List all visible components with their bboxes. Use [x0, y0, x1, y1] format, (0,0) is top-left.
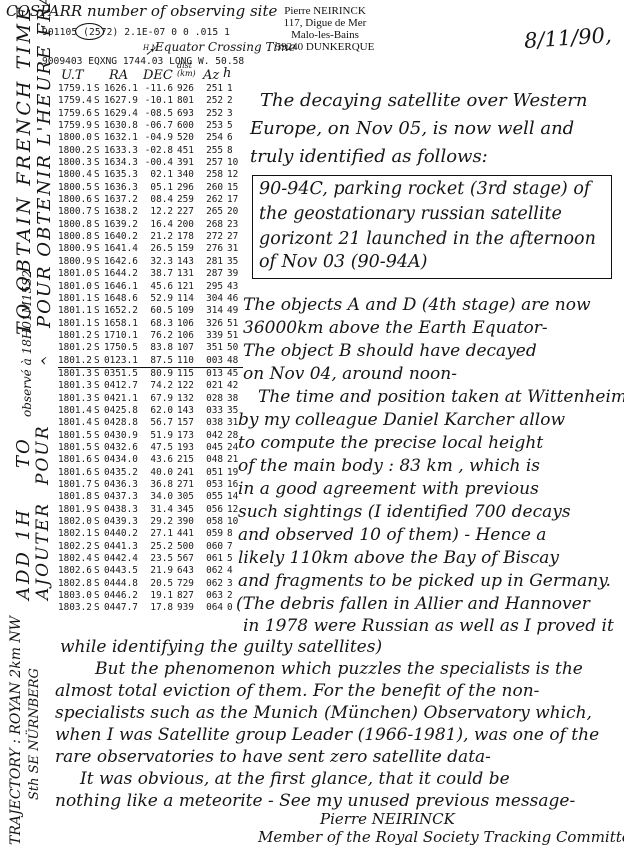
cell-az: 260 [203, 182, 227, 194]
cell-az: 003 [203, 355, 227, 367]
cell-dec: -00.4 [142, 157, 177, 169]
body-line: on Nov 04, around noon- [243, 364, 457, 384]
cell-ra: 1637.2 [104, 194, 142, 206]
cell-ut: 1802.2 [58, 541, 94, 553]
cell-sunlit: S [94, 454, 104, 466]
cell-ut: 1801.1 [58, 293, 94, 305]
cell-ut: 1803.2 [58, 602, 94, 614]
cell-az: 062 [203, 565, 227, 577]
cell-az: 058 [203, 516, 227, 528]
cell-ra: 1635.3 [104, 169, 142, 181]
cell-az: 326 [203, 318, 227, 330]
sender-postcode: 59240 DUNKERQUE [250, 41, 400, 53]
body-line: The object B should have decayed [243, 341, 537, 361]
table-row: 1802.8S0444.820.57290623 [58, 578, 243, 590]
body-line: to compute the precise local height [238, 433, 543, 453]
cell-dec: 52.9 [142, 293, 177, 305]
cell-ut: 1801.7 [58, 479, 94, 491]
cell-ut: 1800.0 [58, 132, 94, 144]
cell-ut: 1801.0 [58, 268, 94, 280]
cell-dec: 26.5 [142, 243, 177, 255]
cell-az: 276 [203, 243, 227, 255]
cell-dec: 87.5 [142, 355, 177, 367]
table-row: 1801.5S0432.647.519304524 [58, 442, 243, 454]
cell-ut: 1801.3 [58, 393, 94, 405]
cell-dist: 271 [177, 479, 203, 491]
cell-h: 15 [227, 182, 243, 194]
cell-ut: 1800.6 [58, 194, 94, 206]
cell-sunlit: S [94, 305, 104, 317]
cell-ut: 1800.3 [58, 157, 94, 169]
cell-az: 339 [203, 330, 227, 342]
cell-ut: 1801.4 [58, 405, 94, 417]
cell-dist: 500 [177, 541, 203, 553]
cell-az: 265 [203, 206, 227, 218]
table-row: 1800.7S1638.212.222726520 [58, 206, 243, 218]
cell-sunlit: S [94, 145, 104, 157]
body-line: (The debris fallen in Allier and Hannove… [236, 594, 590, 614]
cell-az: 064 [203, 602, 227, 614]
cell-sunlit: S [94, 157, 104, 169]
margin-note-to: TO [13, 437, 34, 468]
table-row: 1801.3S0412.774.212202142 [58, 380, 243, 392]
table-row: 1801.1S1658.168.310632651 [58, 318, 243, 330]
body-line: rare observatories to have sent zero sat… [55, 747, 491, 767]
cell-h: 43 [227, 281, 243, 293]
cell-az: 254 [203, 132, 227, 144]
cell-dist: 109 [177, 305, 203, 317]
boxed-line: the geostationary russian satellite [259, 204, 562, 224]
cell-sunlit: S [94, 504, 104, 516]
body-line: specialists such as the Munich (München)… [55, 703, 592, 723]
cell-sunlit: S [94, 83, 104, 95]
body-line: in a good agreement with previous [238, 479, 539, 499]
cell-dist: 241 [177, 467, 203, 479]
table-row: 1800.2S1633.3-02.84512558 [58, 145, 243, 157]
cell-sunlit: S [94, 182, 104, 194]
cell-sunlit: S [94, 95, 104, 107]
cell-ut: 1801.5 [58, 430, 94, 442]
cell-ut: 1800.8 [58, 219, 94, 231]
cell-ut: 1800.4 [58, 169, 94, 181]
body-line: and fragments to be picked up in Germany… [238, 571, 611, 591]
cell-sunlit: S [94, 541, 104, 553]
cell-ra: 0434.0 [104, 454, 142, 466]
table-row: 1801.6S0434.043.621504821 [58, 454, 243, 466]
cell-ra: 0351.5 [104, 368, 142, 380]
cell-dist: 391 [177, 157, 203, 169]
cell-ut: 1801.1 [58, 305, 94, 317]
cell-ra: 1658.1 [104, 318, 142, 330]
cell-az: 038 [203, 417, 227, 429]
cell-dec: 76.2 [142, 330, 177, 342]
cell-az: 053 [203, 479, 227, 491]
body-line: while identifying the guilty satellites) [60, 637, 382, 657]
cell-dist: 143 [177, 405, 203, 417]
margin-note-add-1h: ADD 1H [13, 507, 34, 600]
cell-az: 028 [203, 393, 227, 405]
cell-dist: 643 [177, 565, 203, 577]
cell-ut: 1759.9 [58, 120, 94, 132]
site-number-circle [75, 23, 104, 40]
cell-h: 50 [227, 342, 243, 354]
cell-ut: 1800.7 [58, 206, 94, 218]
cell-dist: 114 [177, 293, 203, 305]
cell-h: 2 [227, 95, 243, 107]
identification-box: 90-94C, parking rocket (3rd stage) of th… [252, 175, 612, 279]
margin-note-observed-time: observé à 18H01M15S2 [20, 270, 34, 417]
cell-ra: 0439.3 [104, 516, 142, 528]
margin-note-nurnberg: Sth SE NÜRNBERG [27, 668, 42, 800]
cell-dec: 38.7 [142, 268, 177, 280]
cell-dec: 29.2 [142, 516, 177, 528]
cell-dist: 296 [177, 182, 203, 194]
cell-h: 49 [227, 305, 243, 317]
body-line: The objects A and D (4th stage) are now [243, 295, 591, 315]
cell-h: 23 [227, 219, 243, 231]
signature-title: Member of the Royal Society Tracking Com… [258, 828, 624, 846]
cell-ut: 1802.8 [58, 578, 94, 590]
cell-sunlit: S [94, 219, 104, 231]
margin-note-pour: POUR [33, 424, 53, 485]
sender-street: 117, Digue de Mer [250, 17, 400, 29]
cell-dist: 441 [177, 528, 203, 540]
cell-ra: 1632.1 [104, 132, 142, 144]
cell-h: 1 [227, 83, 243, 95]
cell-ra: 0438.3 [104, 504, 142, 516]
cell-dec: 62.0 [142, 405, 177, 417]
cell-sunlit: S [94, 442, 104, 454]
table-row: 1801.0S1644.238.713128739 [58, 268, 243, 280]
cell-az: 055 [203, 491, 227, 503]
arrow-left-icon: ‹ [40, 350, 47, 371]
cell-h: 42 [227, 380, 243, 392]
cell-ra: 1644.2 [104, 268, 142, 280]
cell-ra: 1639.2 [104, 219, 142, 231]
cell-dist: 107 [177, 342, 203, 354]
cell-dec: 12.2 [142, 206, 177, 218]
cell-dec: -11.6 [142, 83, 177, 95]
cell-h: 17 [227, 194, 243, 206]
cell-az: 045 [203, 442, 227, 454]
cell-az: 257 [203, 157, 227, 169]
cell-ut: 1802.0 [58, 516, 94, 528]
cell-dec: 20.5 [142, 578, 177, 590]
table-row: 1801.7S0436.336.827105316 [58, 479, 243, 491]
cell-dist: 106 [177, 330, 203, 342]
cell-h: 3 [227, 108, 243, 120]
cell-az: 252 [203, 95, 227, 107]
cell-dec: 21.2 [142, 231, 177, 243]
cell-ra: 0447.7 [104, 602, 142, 614]
body-line: of the main body : 83 km , which is [238, 456, 540, 476]
cell-dec: 21.9 [142, 565, 177, 577]
cell-sunlit: S [94, 132, 104, 144]
body-line: such sightings (I identified 700 decays [238, 502, 571, 522]
cell-az: 252 [203, 108, 227, 120]
table-row: 1803.0S0446.219.18270632 [58, 590, 243, 602]
cell-ra: 1750.5 [104, 342, 142, 354]
cell-dec: 74.2 [142, 380, 177, 392]
tle-line-1: 901105 (2572) 2.1E-07 0 0 .015 1 [42, 27, 230, 38]
cell-h: 31 [227, 243, 243, 255]
cell-ra: 0425.8 [104, 405, 142, 417]
cell-ra: 0446.2 [104, 590, 142, 602]
cell-dec: 16.4 [142, 219, 177, 231]
table-row: 1759.6S1629.4-08.56932523 [58, 108, 243, 120]
table-row: 1802.2S0441.325.25000607 [58, 541, 243, 553]
cell-sunlit: S [94, 393, 104, 405]
cell-az: 295 [203, 281, 227, 293]
cell-dist: 110 [177, 355, 203, 367]
body-line: The time and position taken at Wittenhei… [258, 387, 624, 407]
cell-az: 021 [203, 380, 227, 392]
cell-dist: 143 [177, 256, 203, 268]
cell-ut: 1801.8 [58, 491, 94, 503]
cell-ra: 1641.4 [104, 243, 142, 255]
cell-az: 262 [203, 194, 227, 206]
cell-az: 304 [203, 293, 227, 305]
cell-dist: 178 [177, 231, 203, 243]
table-row: 1759.9S1630.8-06.76002535 [58, 120, 243, 132]
cell-ra: 1642.6 [104, 256, 142, 268]
cell-ut: 1800.9 [58, 243, 94, 255]
cell-az: 281 [203, 256, 227, 268]
cell-sunlit: S [94, 281, 104, 293]
header-h: h [223, 66, 231, 81]
table-row: 1801.6S0435.240.024105119 [58, 467, 243, 479]
cell-ra: 1638.2 [104, 206, 142, 218]
cell-ut: 1759.4 [58, 95, 94, 107]
table-row: 1801.4S0428.856.715703831 [58, 417, 243, 429]
cell-dist: 390 [177, 516, 203, 528]
table-row: 1801.3S0351.580.911501345 [58, 368, 243, 380]
table-row: 1800.6S1637.208.425926217 [58, 194, 243, 206]
cell-dist: 801 [177, 95, 203, 107]
cell-dec: -08.5 [142, 108, 177, 120]
cell-sunlit: S [94, 120, 104, 132]
cell-dec: 47.5 [142, 442, 177, 454]
cell-az: 063 [203, 590, 227, 602]
cell-dist: 451 [177, 145, 203, 157]
sender-name: Pierre NEIRINCK [250, 5, 400, 17]
cell-ut: 1800.5 [58, 182, 94, 194]
letter-date: 8/11/90, [523, 23, 612, 53]
cell-dist: 259 [177, 194, 203, 206]
cell-ut: 1801.3 [58, 368, 94, 380]
cell-ra: 1652.2 [104, 305, 142, 317]
cell-sunlit: S [94, 256, 104, 268]
cell-dist: 693 [177, 108, 203, 120]
cell-az: 272 [203, 231, 227, 243]
cell-sunlit: S [94, 368, 104, 380]
cell-dec: 45.6 [142, 281, 177, 293]
cell-ut: 1801.6 [58, 454, 94, 466]
cell-dec: 36.8 [142, 479, 177, 491]
cell-h: 39 [227, 268, 243, 280]
cell-h: 51 [227, 330, 243, 342]
cell-dec: -02.8 [142, 145, 177, 157]
cell-dist: 200 [177, 219, 203, 231]
body-line: when I was Satellite group Leader (1966-… [55, 725, 599, 745]
margin-note-trajectory: TRAJECTORY : ROYAN 2km NW [8, 616, 24, 845]
cell-dec: -10.1 [142, 95, 177, 107]
table-row: 1801.1S1652.260.510931449 [58, 305, 243, 317]
intro-line: truly identified as follows: [250, 146, 488, 167]
cell-ut: 1801.2 [58, 330, 94, 342]
cell-ra: 0440.2 [104, 528, 142, 540]
cell-ra: 1640.2 [104, 231, 142, 243]
cell-ra: 0123.1 [104, 355, 142, 367]
cell-dist: 227 [177, 206, 203, 218]
table-row: 1800.3S1634.3-00.439125710 [58, 157, 243, 169]
header-dist: dist (km) [177, 62, 199, 78]
cell-ra: 1636.3 [104, 182, 142, 194]
cell-az: 062 [203, 578, 227, 590]
cell-dist: 939 [177, 602, 203, 614]
cell-dist: 106 [177, 318, 203, 330]
cell-dist: 173 [177, 430, 203, 442]
cell-sunlit: S [94, 330, 104, 342]
body-line: 36000km above the Earth Equator- [243, 318, 548, 338]
cell-ut: 1802.1 [58, 528, 94, 540]
cell-dec: 83.8 [142, 342, 177, 354]
cell-dec: 05.1 [142, 182, 177, 194]
table-row: 1802.4S0442.423.55670615 [58, 553, 243, 565]
cell-ut: 1802.4 [58, 553, 94, 565]
cell-dist: 131 [177, 268, 203, 280]
cell-sunlit: S [94, 108, 104, 120]
cell-dist: 305 [177, 491, 203, 503]
cell-ra: 0430.9 [104, 430, 142, 442]
header-az: Az [203, 68, 219, 83]
cell-dec: 60.5 [142, 305, 177, 317]
cell-dec: -06.7 [142, 120, 177, 132]
cell-sunlit: S [94, 528, 104, 540]
cell-dec: 51.9 [142, 430, 177, 442]
cell-ra: 1630.8 [104, 120, 142, 132]
cell-ut: 1801.0 [58, 281, 94, 293]
margin-note-heure-francaise: POUR OBTENIR L'HEURE FRANÇAISE [34, 0, 55, 328]
cell-sunlit: S [94, 467, 104, 479]
intro-line: Europe, on Nov 05, is now well and [250, 118, 574, 139]
cell-ut: 1801.6 [58, 467, 94, 479]
cell-h: 10 [227, 157, 243, 169]
table-row: 1802.1S0440.227.14410598 [58, 528, 243, 540]
cell-sunlit: S [94, 602, 104, 614]
header-dec: DEC [143, 68, 173, 83]
cell-h: 46 [227, 293, 243, 305]
cell-ut: 1801.1 [58, 318, 94, 330]
cell-ut: 1803.0 [58, 590, 94, 602]
cell-ut: 1801.4 [58, 417, 94, 429]
cell-dec: 25.2 [142, 541, 177, 553]
table-row: 1759.1S1626.1-11.69262511 [58, 83, 243, 95]
cell-sunlit: S [94, 231, 104, 243]
table-row: 1802.6S0443.521.96430624 [58, 565, 243, 577]
table-row: 1801.1S1648.652.911430446 [58, 293, 243, 305]
cell-az: 056 [203, 504, 227, 516]
cell-sunlit: S [94, 578, 104, 590]
intro-line: The decaying satellite over Western [260, 90, 587, 111]
cell-h: 45 [227, 368, 243, 380]
cell-dec: 80.9 [142, 368, 177, 380]
signature: Pierre NEIRINCK [320, 810, 455, 828]
table-row: 1800.8S1640.221.217827227 [58, 231, 243, 243]
cell-dist: 157 [177, 417, 203, 429]
cell-sunlit: S [94, 293, 104, 305]
table-row: 1802.0S0439.329.239005810 [58, 516, 243, 528]
cell-dec: 17.8 [142, 602, 177, 614]
cell-az: 268 [203, 219, 227, 231]
boxed-line: 90-94C, parking rocket (3rd stage) of [259, 179, 590, 199]
cell-dist: 827 [177, 590, 203, 602]
cell-dist: 567 [177, 553, 203, 565]
table-row: 1801.5S0430.951.917304228 [58, 430, 243, 442]
cell-h: 20 [227, 206, 243, 218]
cell-dist: 159 [177, 243, 203, 255]
cell-ra: 0437.3 [104, 491, 142, 503]
body-line: nothing like a meteorite - See my unused… [55, 791, 575, 811]
cell-ra: 0441.3 [104, 541, 142, 553]
cell-sunlit: S [94, 553, 104, 565]
cell-az: 061 [203, 553, 227, 565]
cell-dec: 32.3 [142, 256, 177, 268]
cell-az: 253 [203, 120, 227, 132]
cell-dist: 729 [177, 578, 203, 590]
cell-dec: -04.9 [142, 132, 177, 144]
cell-sunlit: S [94, 318, 104, 330]
table-row: 1800.8S1639.216.420026823 [58, 219, 243, 231]
cell-sunlit: S [94, 491, 104, 503]
cell-sunlit: S [94, 169, 104, 181]
cell-ra: 1633.3 [104, 145, 142, 157]
cell-az: 060 [203, 541, 227, 553]
body-line: It was obvious, at the first glance, tha… [80, 769, 510, 789]
cell-dist: 340 [177, 169, 203, 181]
cell-ra: 1627.9 [104, 95, 142, 107]
cell-dist: 520 [177, 132, 203, 144]
cell-az: 351 [203, 342, 227, 354]
table-row: 1801.4S0425.862.014303335 [58, 405, 243, 417]
cell-ut: 1801.3 [58, 380, 94, 392]
cell-ut: 1800.9 [58, 256, 94, 268]
cell-dec: 40.0 [142, 467, 177, 479]
cell-dec: 67.9 [142, 393, 177, 405]
table-row: 1801.2S1710.176.210633951 [58, 330, 243, 342]
boxed-line: gorizont 21 launched in the afternoon [259, 229, 596, 249]
cell-ra: 0432.6 [104, 442, 142, 454]
cell-dec: 19.1 [142, 590, 177, 602]
body-line: by my colleague Daniel Karcher allow [238, 410, 565, 430]
cell-az: 051 [203, 467, 227, 479]
cell-ra: 0421.1 [104, 393, 142, 405]
cell-ra: 1629.4 [104, 108, 142, 120]
cell-sunlit: S [94, 355, 104, 367]
cell-ra: 1626.1 [104, 83, 142, 95]
cell-sunlit: S [94, 380, 104, 392]
cell-h: 35 [227, 256, 243, 268]
cell-dec: 56.7 [142, 417, 177, 429]
table-row: 1800.5S1636.305.129626015 [58, 182, 243, 194]
cell-az: 258 [203, 169, 227, 181]
cell-az: 251 [203, 83, 227, 95]
cell-sunlit: S [94, 194, 104, 206]
cell-h: 51 [227, 318, 243, 330]
cell-ut: 1759.1 [58, 83, 94, 95]
cell-ut: 1801.9 [58, 504, 94, 516]
cell-ra: 1710.1 [104, 330, 142, 342]
